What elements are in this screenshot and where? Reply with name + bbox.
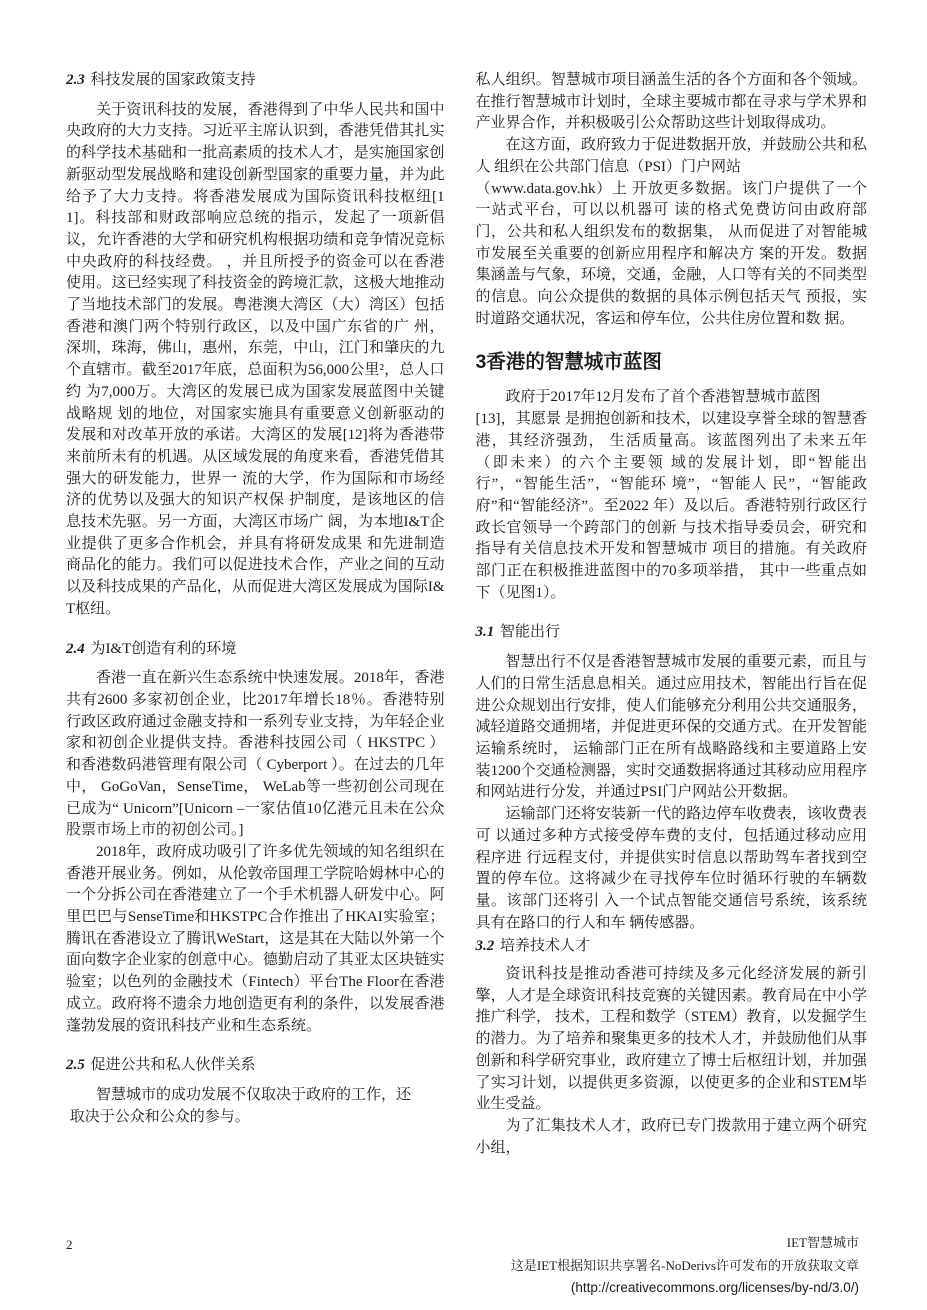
license-url: (http://creativecommons.org/licenses/by-… [511,1277,859,1300]
section-title: 培养技术人才 [500,938,590,954]
paragraph-blueprint: 政府于2017年12月发布了首个香港智慧城市蓝图 [13]，其愿景 是拥抱创新和… [476,387,867,604]
paragraph-open-data: 在这方面，政府致力于促进数据开放，并鼓励公共和私人 组织在公共部门信息（PSI）… [476,135,867,330]
footer-credits: IET智慧城市 这是IET根据知识共享署名-NoDerivs许可发布的开放获取文… [511,1232,859,1300]
left-column: 2.3科技发展的国家政策支持 关于资讯科技的发展，香港得到了中华人民共和国中央政… [66,70,445,1128]
paragraph-national-policy: 关于资讯科技的发展，香港得到了中华人民共和国中央政府的大力支持。习近平主席认识到… [66,100,445,621]
document-page: 2.3科技发展的国家政策支持 关于资讯科技的发展，香港得到了中华人民共和国中央政… [66,70,867,1159]
heading-nurture-talent: 3.2培养技术人才 [476,936,867,958]
paragraph-continuation: 私人组织。智慧城市项目涵盖生活的各个方面和各个领域。在推行智慧城市计划时，全球主… [476,70,867,135]
section-number: 3.2 [476,938,495,954]
section-title: 智能出行 [500,624,560,640]
paragraph-organisations-2018: 2018年，政府成功吸引了许多优先领域的知名组织在香港开展业务。例如，从伦敦帝国… [66,842,445,1037]
license-statement: 这是IET根据知识共享署名-NoDerivs许可发布的开放获取文章 [511,1255,859,1278]
section-number: 2.3 [66,72,85,88]
section-number: 2.5 [66,1057,85,1073]
paragraph-startup-ecosystem: 香港一直在新兴生态系统中快速发展。2018年，香港共有2600 多家初创企业，比… [66,668,445,842]
section-number: 3.1 [476,624,495,640]
paragraph-parking-meters: 运输部门还将安装新一代的路边停车收费表，该收费表可 以通过多种方式接受停车费的支… [476,804,867,934]
paragraph-partnership: 智慧城市的成功发展不仅取决于政府的工作，还 取决于公众和公众的参与。 [66,1085,445,1128]
paragraph-talent: 资讯科技是推动香港可持续及多元化经济发展的新引擎，人才是全球资讯科技竞赛的关键因… [476,964,867,1116]
section-title: 科技发展的国家政策支持 [90,72,255,88]
paragraph-smart-mobility: 智慧出行不仅是香港智慧城市发展的重要元素，而且与人们的日常生活息息相关。通过应用… [476,652,867,804]
heading-smart-mobility: 3.1智能出行 [476,622,867,644]
right-column: 私人组织。智慧城市项目涵盖生活的各个方面和各个领域。在推行智慧城市计划时，全球主… [476,70,867,1159]
heading-national-policy-support: 2.3科技发展的国家政策支持 [66,70,445,92]
section-number: 3 [476,351,487,373]
paragraph-research-clusters: 为了汇集技术人才，政府已专门拨款用于建立两个研究小组， [476,1116,867,1159]
heading-public-private-partnership: 2.5促进公共和私人伙伴关系 [66,1055,445,1077]
journal-title: IET智慧城市 [511,1232,859,1255]
heading-favourable-environment: 2.4为I&T创造有利的环境 [66,639,445,661]
section-title: 香港的智慧城市蓝图 [486,351,662,373]
heading-smart-city-blueprint: 3香港的智慧城市蓝图 [476,351,867,374]
section-number: 2.4 [66,641,85,657]
section-title: 促进公共和私人伙伴关系 [90,1057,255,1073]
section-title: 为I&T创造有利的环境 [90,641,236,657]
page-number: 2 [66,1234,73,1256]
content-columns: 2.3科技发展的国家政策支持 关于资讯科技的发展，香港得到了中华人民共和国中央政… [66,70,867,1159]
